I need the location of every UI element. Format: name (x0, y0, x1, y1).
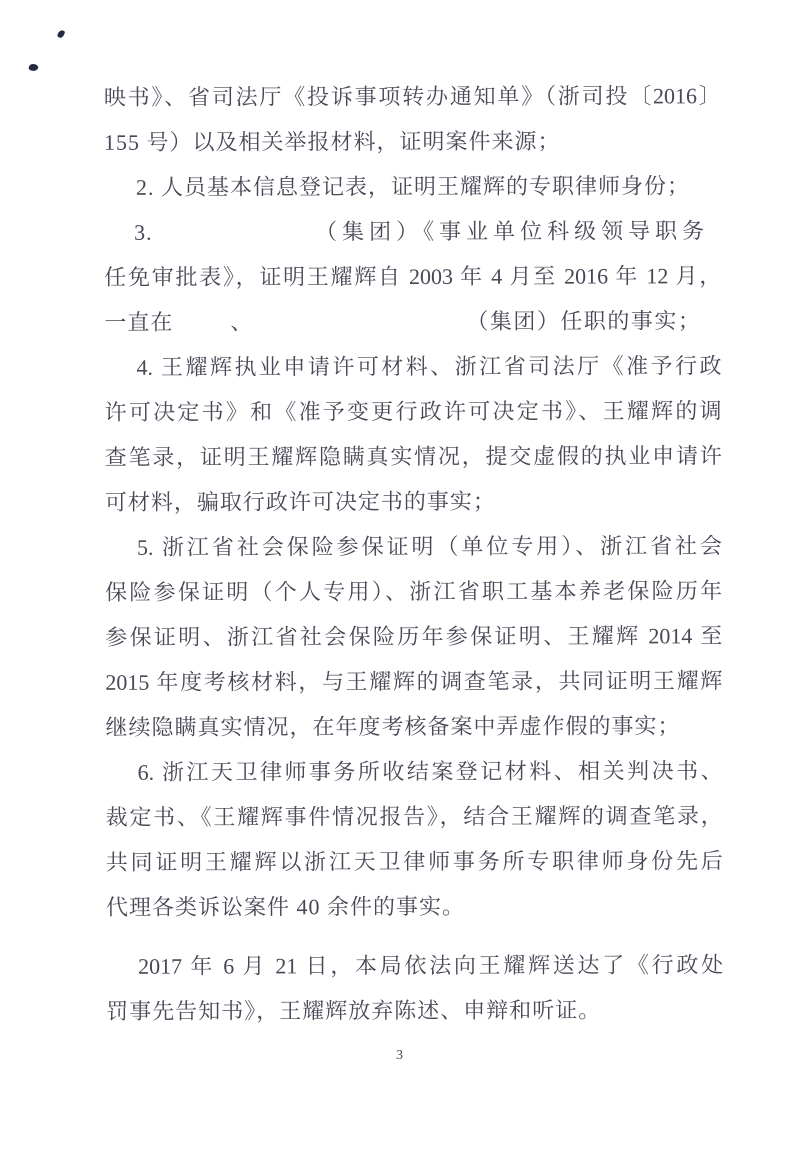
ink-speck-icon (28, 63, 39, 72)
scanned-document-page: 映书》、省司法厅《投诉事项转办通知单》（浙司投〔2016〕 155 号）以及相关… (0, 0, 799, 1149)
doc-line-item-2: 2. 人员基本信息登记表，证明王耀辉的专职律师身份； (104, 163, 721, 210)
document-body: 映书》、省司法厅《投诉事项转办通知单》（浙司投〔2016〕 155 号）以及相关… (104, 73, 724, 1034)
doc-line: 参保证明、浙江省社会保险历年参保证明、王耀辉 2014 至 (105, 613, 722, 660)
ink-speck-icon (57, 29, 66, 39)
doc-line: 继续隐瞒真实情况，在年度考核备案中弄虚作假的事实； (105, 703, 722, 750)
doc-line: 代理各类诉讼案件 40 余件的事实。 (106, 883, 723, 930)
doc-line: 2015 年度考核材料，与王耀辉的调查笔录，共同证明王耀辉 (105, 658, 722, 705)
doc-line-text: 一直在 (104, 300, 173, 345)
doc-line-text: （集团）任职的事实； (466, 298, 701, 344)
page-number: 3 (0, 1048, 799, 1064)
doc-line: 任免审批表》，证明王耀辉自 2003 年 4 月至 2016 年 12 月， (104, 253, 721, 300)
doc-line-item-4: 4. 王耀辉执业申请许可材料、浙江省司法厅《准予行政 (104, 343, 721, 390)
doc-line-item-6: 6. 浙江天卫律师事务所收结案登记材料、相关判决书、 (106, 748, 723, 795)
doc-line: 保险参保证明（个人专用）、浙江省职工基本养老保险历年 (105, 568, 722, 615)
doc-line-text: （集团）《事业单位科级领导职务 (315, 208, 709, 254)
enumeration-mark: 、 (230, 299, 253, 344)
doc-line: 罚事先告知书》，王耀辉放弃陈述、申辩和听证。 (106, 987, 723, 1034)
doc-line: 映书》、省司法厅《投诉事项转办通知单》（浙司投〔2016〕 (104, 73, 721, 120)
doc-line: 155 号）以及相关举报材料，证明案件来源； (104, 118, 721, 165)
doc-line: 2017 年 6 月 21 日，本局依法向王耀辉送达了《行政处 (106, 942, 723, 989)
doc-line: 一直在 、 （集团）任职的事实； (104, 298, 721, 345)
item-number: 3. (134, 210, 153, 255)
doc-line: 可材料，骗取行政许可决定书的事实； (105, 478, 722, 525)
doc-line: 共同证明王耀辉以浙江天卫律师事务所专职律师身份先后 (106, 838, 723, 885)
doc-line: 查笔录，证明王耀辉隐瞒真实情况，提交虚假的执业申请许 (105, 433, 722, 480)
doc-line: 裁定书、《王耀辉事件情况报告》，结合王耀辉的调查笔录， (106, 793, 723, 840)
redacted-blank (153, 210, 163, 255)
doc-line: 许可决定书》和《准予变更行政许可决定书》、王耀辉的调 (105, 388, 722, 435)
doc-line-item-3: 3. （集团）《事业单位科级领导职务 (104, 208, 721, 255)
doc-line-item-5: 5. 浙江省社会保险参保证明（单位专用）、浙江省社会 (105, 523, 722, 570)
